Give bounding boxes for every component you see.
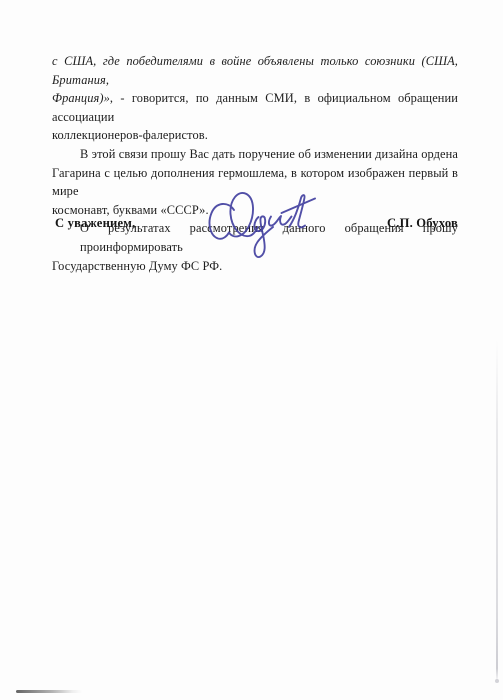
signature-stroke-crossbar xyxy=(282,199,316,214)
italic-text-segment: с США, где победителями в войне объявлен… xyxy=(52,54,458,87)
text-line: с США, где победителями в войне объявлен… xyxy=(52,52,458,89)
signature-stroke-loop-descender xyxy=(254,216,273,257)
text-segment: , - говорится, по данным СМИ, в официаль… xyxy=(52,91,458,124)
text-segment: коллекционеров-фалеристов. xyxy=(52,128,208,142)
scan-artifact-right-dot xyxy=(495,679,499,683)
text-segment: космонавт, буквами «СССР». xyxy=(52,203,209,217)
text-line: В этой связи прошу Вас дать поручение об… xyxy=(52,145,458,164)
closing-salutation: С уважением, xyxy=(52,216,135,231)
signature-stroke-c-o xyxy=(210,193,258,239)
text-segment: В этой связи прошу Вас дать поручение об… xyxy=(80,147,458,161)
handwritten-signature xyxy=(197,189,322,269)
signature-ink-svg xyxy=(197,189,322,269)
signer-name: С.П. Обухов xyxy=(387,216,458,231)
signature-stroke-final-letter xyxy=(289,195,305,227)
signature-stroke-zigzag xyxy=(269,216,292,226)
scan-artifact-bottom-line xyxy=(16,690,82,693)
text-line: Франция)», - говорится, по данным СМИ, в… xyxy=(52,89,458,126)
paragraph: с США, где победителями в войне объявлен… xyxy=(52,52,458,145)
scanned-letter-page: с США, где победителями в войне объявлен… xyxy=(0,0,503,700)
text-line: коллекционеров-фалеристов. xyxy=(52,126,458,145)
italic-text-segment: Франция)» xyxy=(52,91,110,105)
scan-artifact-right-line xyxy=(496,340,498,682)
